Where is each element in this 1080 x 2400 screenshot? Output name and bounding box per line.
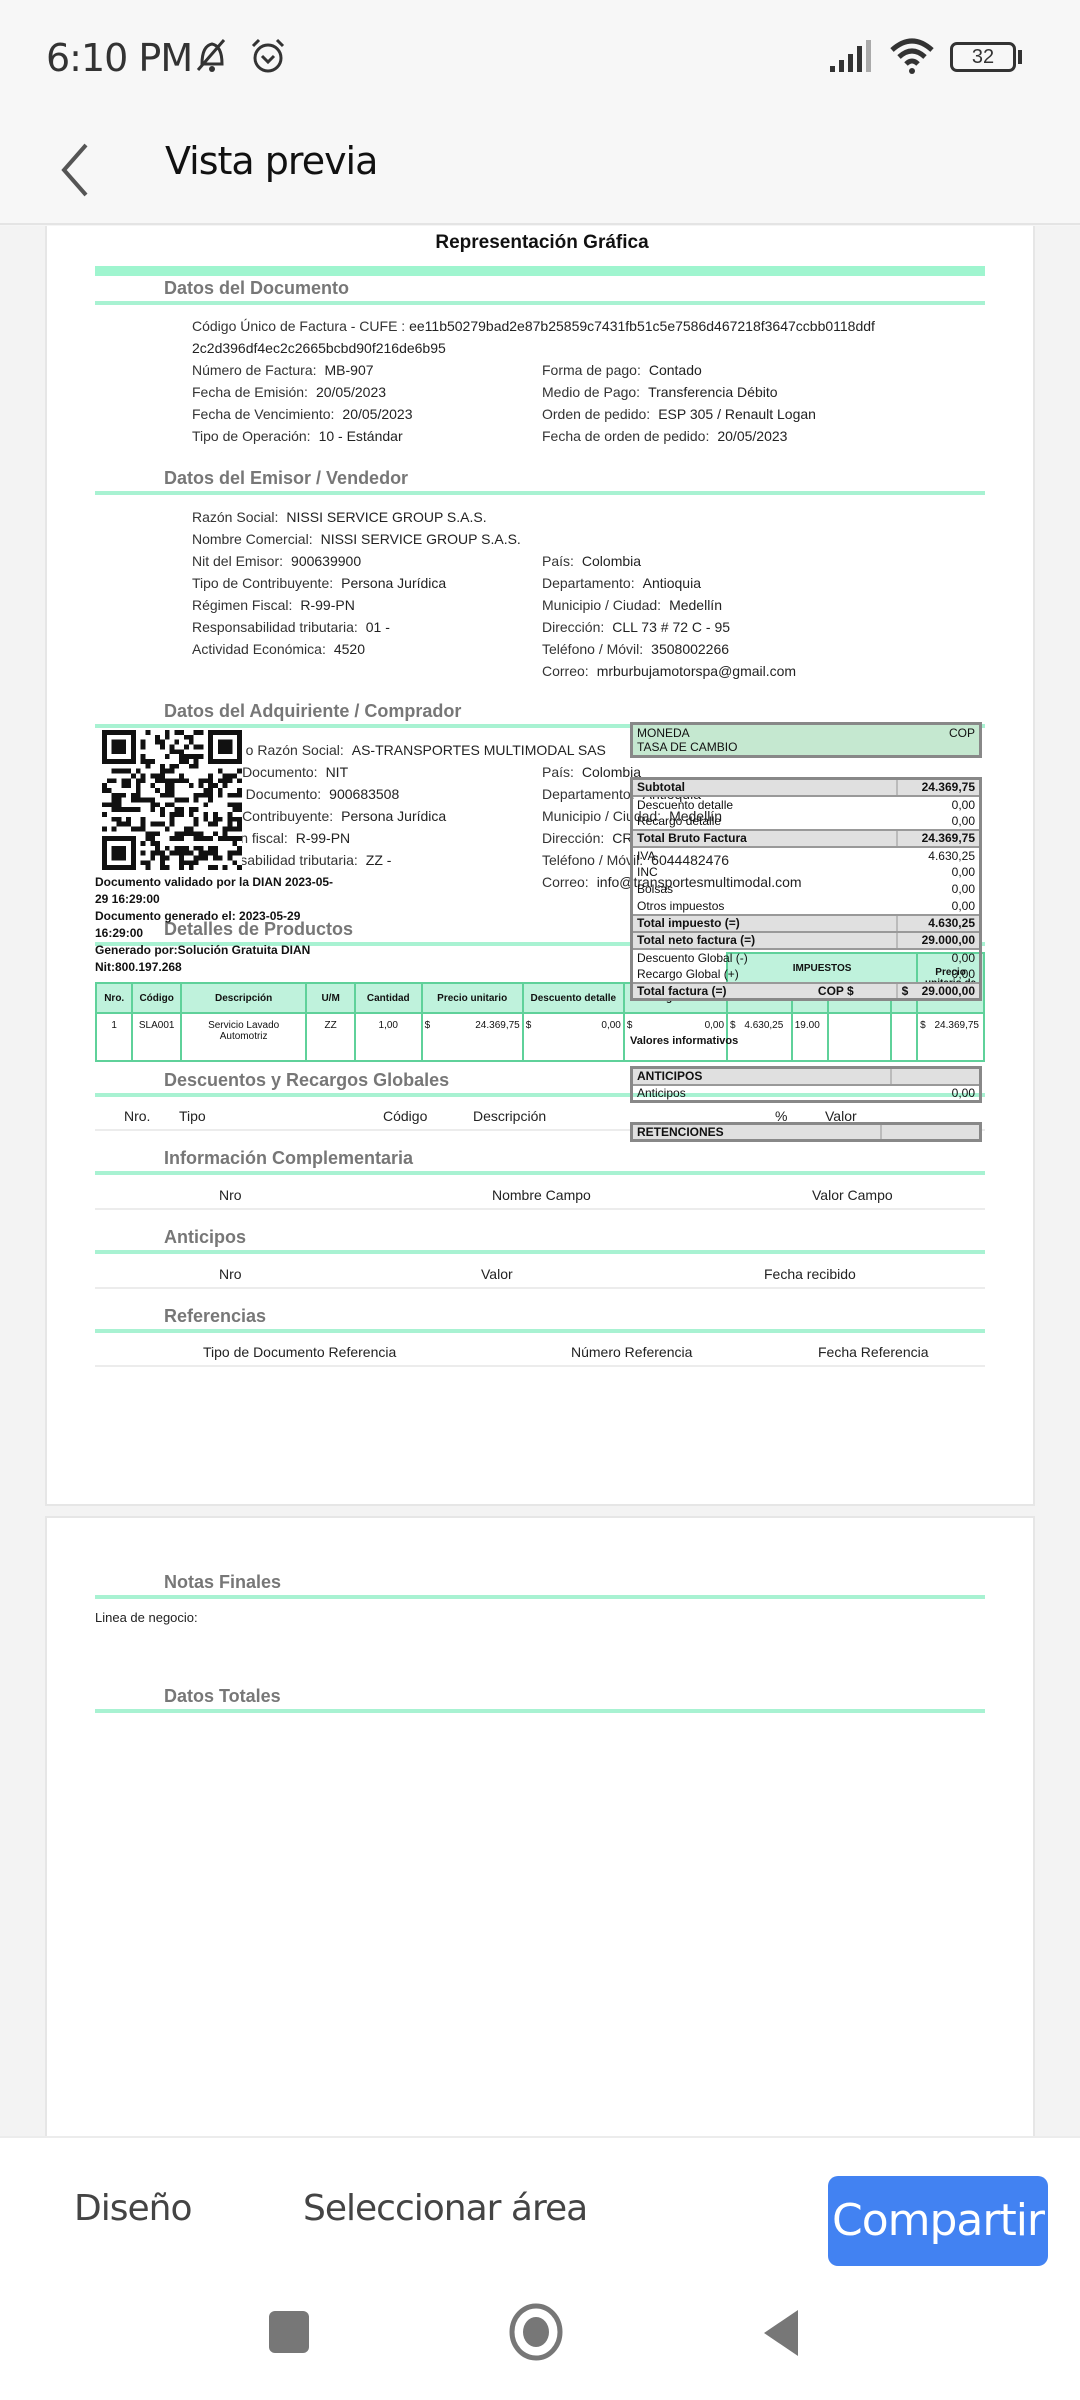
back-nav-icon[interactable] xyxy=(762,2308,802,2358)
table-cell xyxy=(891,1013,917,1061)
field-value: 10 - Estándar xyxy=(319,428,403,444)
totals-label: Descuento detalle xyxy=(632,796,897,813)
col-header: Descripción xyxy=(181,983,306,1013)
totals-label: Total impuesto (=) xyxy=(632,915,897,932)
section-header-adquiriente: Datos del Adquiriente / Comprador xyxy=(164,701,461,722)
totals-row: Total impuesto (=)4.630,25 xyxy=(632,915,981,932)
documento-field: Fecha de orden de pedido:20/05/2023 xyxy=(542,428,787,444)
field-label: Fecha de Emisión: xyxy=(192,384,308,400)
col-header: Descuento detalle xyxy=(523,983,624,1013)
field-label: Número de Factura: xyxy=(192,362,317,378)
anticipos-box-value: 0,00 xyxy=(891,1085,981,1102)
field-value: CLL 73 # 72 C - 95 xyxy=(612,619,730,635)
field-value: mrburbujamotorspa@gmail.com xyxy=(597,663,796,679)
total-factura-cell: $ 29.000,00 xyxy=(897,983,981,1000)
field-label: Departamento: xyxy=(542,575,635,591)
totals-value: 0,00 xyxy=(897,949,981,966)
field-label: País: xyxy=(542,553,574,569)
field-value: 900639900 xyxy=(291,553,361,569)
table-cell: 1 xyxy=(96,1013,132,1061)
totals-row: Total Bruto Factura24.369,75 xyxy=(632,830,981,847)
cufe-label: Código Único de Factura - CUFE : xyxy=(192,318,405,334)
wifi-icon xyxy=(888,36,936,76)
valores-informativos-label: Valores informativos xyxy=(630,1035,738,1047)
field-label: Forma de pago: xyxy=(542,362,641,378)
section-header-anticipos: Anticipos xyxy=(164,1227,246,1248)
field-label: Municipio / Ciudad: xyxy=(542,597,661,613)
divider xyxy=(95,1709,985,1713)
totals-label: Otros impuestos xyxy=(632,898,897,915)
emisor-field: Responsabilidad tributaria:01 - xyxy=(192,619,390,635)
totals-label: Total neto factura (=) xyxy=(632,932,897,949)
field-label: Orden de pedido: xyxy=(542,406,650,422)
field-value: 4520 xyxy=(334,641,365,657)
emisor-field: Nit del Emisor:900639900 xyxy=(192,553,361,569)
totals-row: Recargo detalle0,00 xyxy=(632,813,981,830)
totals-value: 0,00 xyxy=(897,881,981,898)
emisor-field: Nombre Comercial:NISSI SERVICE GROUP S.A… xyxy=(192,531,521,547)
field-value: 3508002266 xyxy=(651,641,729,657)
totals-value: 0,00 xyxy=(897,813,981,830)
totals-value: 0,00 xyxy=(897,864,981,881)
totals-row: Bolsas0,00 xyxy=(632,881,981,898)
field-label: Tipo de Operación: xyxy=(192,428,311,444)
divider xyxy=(95,1171,985,1175)
field-value: NIT xyxy=(326,764,349,780)
emisor-field: Tipo de Contribuyente:Persona Jurídica xyxy=(192,575,446,591)
field-value: AS-TRANSPORTES MULTIMODAL SAS xyxy=(352,742,606,758)
anticipos-box: ANTICIPOS Anticipos0,00 xyxy=(630,1066,982,1103)
field-label: País: xyxy=(542,764,574,780)
bottom-action-bar: Diseño Seleccionar área Compartir xyxy=(0,2136,1080,2400)
totals-row: IVA4.630,25 xyxy=(632,847,981,864)
divider xyxy=(95,491,985,495)
field-value: Contado xyxy=(649,362,702,378)
col-header: Cantidad xyxy=(355,983,422,1013)
totals-value: 0,00 xyxy=(897,898,981,915)
anticipos-box-label: Anticipos xyxy=(632,1085,891,1102)
anticipos-box-header: ANTICIPOS xyxy=(632,1068,891,1085)
emisor-field: Municipio / Ciudad:Medellín xyxy=(542,597,722,613)
field-value: Transferencia Débito xyxy=(648,384,777,400)
totals-value: 4.630,25 xyxy=(897,915,981,932)
divider xyxy=(95,1250,985,1254)
field-label: Dirección: xyxy=(542,830,604,846)
totals-row: Descuento Global (-)0,00 xyxy=(632,949,981,966)
alarm-icon xyxy=(248,36,288,76)
column-header: Valor xyxy=(481,1266,513,1282)
section-header-descuentos: Descuentos y Recargos Globales xyxy=(164,1070,449,1091)
column-header: Valor Campo xyxy=(812,1187,893,1203)
totals-value: 24.369,75 xyxy=(897,830,981,847)
divider xyxy=(95,1287,985,1289)
documento-field: Fecha de Emisión:20/05/2023 xyxy=(192,384,386,400)
table-cell: 1,00 xyxy=(355,1013,422,1061)
totals-row: Descuento detalle0,00 xyxy=(632,796,981,813)
column-header: Nro xyxy=(219,1266,242,1282)
totals-value: 29.000,00 xyxy=(897,932,981,949)
column-header: Fecha Referencia xyxy=(818,1344,929,1360)
field-value: R-99-PN xyxy=(296,830,350,846)
field-label: Fecha de orden de pedido: xyxy=(542,428,709,444)
field-value: Persona Jurídica xyxy=(341,575,446,591)
section-header-notas: Notas Finales xyxy=(164,1572,281,1593)
emisor-field: Régimen Fiscal:R-99-PN xyxy=(192,597,355,613)
field-value: 20/05/2023 xyxy=(316,384,386,400)
field-label: Responsabilidad tributaria: xyxy=(192,619,358,635)
divider xyxy=(95,1208,985,1210)
field-value: 20/05/2023 xyxy=(342,406,412,422)
table-cell: 19.00 xyxy=(792,1013,828,1061)
document-page-2: Notas Finales Linea de negocio: Datos To… xyxy=(45,1516,1035,2136)
field-label: Régimen Fiscal: xyxy=(192,597,292,613)
battery-tip xyxy=(1018,50,1022,64)
table-cell: $0,00 xyxy=(523,1013,624,1061)
signal-icon xyxy=(828,36,876,76)
col-header: Nro. xyxy=(96,983,132,1013)
total-factura-cell: Total factura (=) xyxy=(632,983,814,1000)
documento-field: Forma de pago:Contado xyxy=(542,362,702,378)
status-bar: 6:10 PM 32 xyxy=(0,0,1080,115)
section-header-totales: Datos Totales xyxy=(164,1686,281,1707)
table-row: 1SLA001Servicio Lavado AutomotrizZZ1,00$… xyxy=(96,1013,984,1061)
retenciones-box: RETENCIONES xyxy=(630,1122,982,1142)
field-value: Colombia xyxy=(582,553,641,569)
column-header: Tipo de Documento Referencia xyxy=(203,1344,396,1360)
col-header: Código xyxy=(132,983,181,1013)
field-label: Dirección: xyxy=(542,619,604,635)
field-label: Medio de Pago: xyxy=(542,384,640,400)
column-header: Nombre Campo xyxy=(492,1187,591,1203)
document-title: Representación Gráfica xyxy=(47,232,1037,254)
emisor-field: Dirección:CLL 73 # 72 C - 95 xyxy=(542,619,730,635)
currency-box: MONEDACOP TASA DE CAMBIO xyxy=(630,722,982,758)
totals-row: Recargo Global (+)0,00 xyxy=(632,966,981,983)
column-header: Número Referencia xyxy=(571,1344,692,1360)
cufe-field: Código Único de Factura - CUFE : ee11b50… xyxy=(192,318,875,334)
totals-row: Total neto factura (=)29.000,00 xyxy=(632,932,981,949)
linea-negocio: Linea de negocio: xyxy=(95,1610,198,1625)
col-header: Precio unitario xyxy=(422,983,523,1013)
exchange-rate-label: TASA DE CAMBIO xyxy=(637,740,975,754)
column-header: Tipo xyxy=(179,1108,206,1124)
emisor-field: País:Colombia xyxy=(542,553,641,569)
divider xyxy=(95,266,985,276)
field-value: NISSI SERVICE GROUP S.A.S. xyxy=(286,509,486,525)
column-header: Nro. xyxy=(124,1108,150,1124)
documento-field: Medio de Pago:Transferencia Débito xyxy=(542,384,778,400)
totals-value: 4.630,25 xyxy=(897,847,981,864)
emisor-field: Razón Social:NISSI SERVICE GROUP S.A.S. xyxy=(192,509,487,525)
field-value: 900683508 xyxy=(329,786,399,802)
totals-value: 24.369,75 xyxy=(897,779,981,796)
emisor-field: Correo:mrburbujamotorspa@gmail.com xyxy=(542,663,796,679)
document-viewer[interactable]: Representación Gráfica Datos del Documen… xyxy=(0,226,1080,2136)
generator-text: Generado por:Solución Gratuita DIAN Nit:… xyxy=(95,942,345,976)
validation-text: Documento validado por la DIAN 2023-05-2… xyxy=(95,874,345,908)
totals-value: 0,00 xyxy=(897,966,981,983)
field-value: 01 - xyxy=(366,619,390,635)
field-value: Antioquia xyxy=(643,575,701,591)
divider xyxy=(95,1595,985,1599)
field-label: Razón Social: xyxy=(192,509,278,525)
cufe-value-1: ee11b50279bad2e87b25859c7431fb51c5e7586d… xyxy=(409,318,875,334)
table-cell: ZZ xyxy=(306,1013,355,1061)
field-label: Fecha de Vencimiento: xyxy=(192,406,334,422)
vibrate-off-icon xyxy=(190,36,234,76)
generated-text: Documento generado el: 2023-05-29 16:29:… xyxy=(95,908,345,942)
section-header-documento: Datos del Documento xyxy=(164,278,349,299)
field-value: ESP 305 / Renault Logan xyxy=(658,406,816,422)
table-cell: SLA001 xyxy=(132,1013,181,1061)
totals-row: Subtotal24.369,75 xyxy=(632,779,981,796)
adquiriente-field: País:Colombia xyxy=(542,764,641,780)
documento-field: Tipo de Operación:10 - Estándar xyxy=(192,428,403,444)
totals-table: Subtotal24.369,75Descuento detalle0,00Re… xyxy=(630,777,982,1001)
totals-label: Total Bruto Factura xyxy=(632,830,897,847)
field-value: MB-907 xyxy=(325,362,374,378)
battery-icon: 32 xyxy=(950,42,1016,72)
field-value: ZZ - xyxy=(366,852,392,868)
field-value: 20/05/2023 xyxy=(717,428,787,444)
table-cell: $ 24.369,75 xyxy=(917,1013,984,1061)
total-factura-cell: COP $ xyxy=(814,983,897,1000)
column-header: Fecha recibido xyxy=(764,1266,856,1282)
totals-value: 0,00 xyxy=(897,796,981,813)
field-label: Correo: xyxy=(542,663,589,679)
emisor-field: Departamento:Antioquia xyxy=(542,575,701,591)
currency-label: MONEDA xyxy=(637,726,690,740)
totals-label: Subtotal xyxy=(632,779,897,796)
totals-label: Recargo Global (+) xyxy=(632,966,897,983)
column-header: Nro xyxy=(219,1187,242,1203)
documento-field: Fecha de Vencimiento:20/05/2023 xyxy=(192,406,413,422)
table-cell: Servicio Lavado Automotriz xyxy=(181,1013,306,1061)
field-value: NISSI SERVICE GROUP S.A.S. xyxy=(321,531,521,547)
home-nav-icon[interactable] xyxy=(508,2302,564,2362)
documento-field: Orden de pedido:ESP 305 / Renault Logan xyxy=(542,406,816,422)
totals-label: INC xyxy=(632,864,897,881)
adquiriente-field: Nombre o Razón Social:AS-TRANSPORTES MUL… xyxy=(192,742,606,758)
field-label: Departamento: xyxy=(542,786,635,802)
emisor-field: Actividad Económica:4520 xyxy=(192,641,365,657)
section-header-referencias: Referencias xyxy=(164,1306,266,1327)
column-header: Descripción xyxy=(473,1108,546,1124)
section-header-emisor: Datos del Emisor / Vendedor xyxy=(164,468,408,489)
divider xyxy=(95,1329,985,1333)
totals-row: INC0,00 xyxy=(632,864,981,881)
status-time: 6:10 PM xyxy=(46,36,192,80)
currency-value: COP xyxy=(949,726,975,740)
select-area-button[interactable]: Seleccionar área xyxy=(303,2188,587,2229)
field-label: Teléfono / Móvil: xyxy=(542,641,643,657)
emisor-field: Teléfono / Móvil:3508002266 xyxy=(542,641,729,657)
field-label: Nombre Comercial: xyxy=(192,531,313,547)
totals-label: Recargo detalle xyxy=(632,813,897,830)
field-label: Nit del Emisor: xyxy=(192,553,283,569)
qr-code xyxy=(102,730,242,870)
documento-field: Número de Factura:MB-907 xyxy=(192,362,374,378)
field-label: Correo: xyxy=(542,874,589,890)
chevron-left-icon[interactable] xyxy=(50,135,100,205)
recents-nav-icon[interactable] xyxy=(269,2311,309,2353)
totals-row: Otros impuestos0,00 xyxy=(632,898,981,915)
table-cell xyxy=(828,1013,891,1061)
totals-label: IVA xyxy=(632,847,897,864)
cufe-value-2: 2c2d396df4ec2c2665bcbd90f216de6b95 xyxy=(192,340,446,356)
totals-label: Bolsas xyxy=(632,881,897,898)
field-label: Tipo de Contribuyente: xyxy=(192,575,333,591)
totals-label: Descuento Global (-) xyxy=(632,949,897,966)
retenciones-header: RETENCIONES xyxy=(632,1124,881,1141)
field-label: Teléfono / Móvil: xyxy=(542,852,643,868)
page-title: Vista previa xyxy=(165,139,377,183)
column-header: Código xyxy=(383,1108,427,1124)
section-header-info: Información Complementaria xyxy=(164,1148,413,1169)
app-bar: Vista previa xyxy=(0,115,1080,225)
design-button[interactable]: Diseño xyxy=(74,2188,191,2229)
field-value: R-99-PN xyxy=(300,597,354,613)
qr-caption: Documento validado por la DIAN 2023-05-2… xyxy=(95,874,345,976)
field-value: Medellín xyxy=(669,597,722,613)
divider xyxy=(95,301,985,305)
field-label: Actividad Económica: xyxy=(192,641,326,657)
total-factura-row: Total factura (=)COP $$ 29.000,00 xyxy=(632,983,981,1000)
table-cell: $24.369,75 xyxy=(422,1013,523,1061)
battery-level: 32 xyxy=(972,46,994,68)
share-button[interactable]: Compartir xyxy=(828,2176,1048,2266)
divider xyxy=(95,1365,985,1367)
col-header: U/M xyxy=(306,983,355,1013)
field-value: Persona Jurídica xyxy=(341,808,446,824)
